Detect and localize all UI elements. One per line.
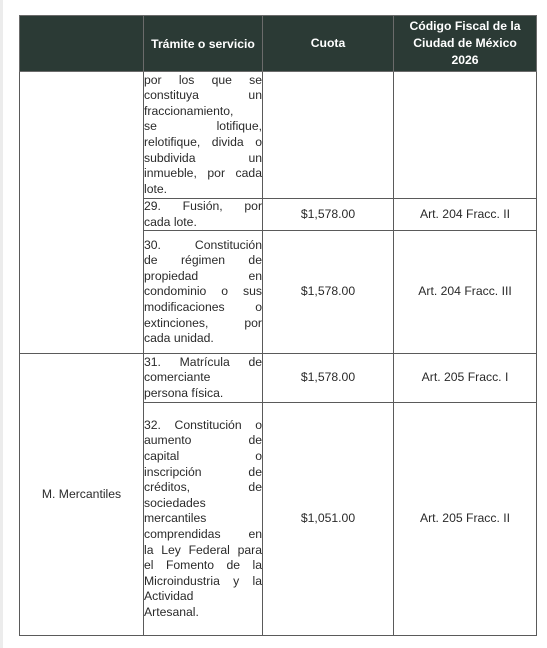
tramite-line: 29. Fusión, por [144,199,262,215]
tramite-line: comprendidas en [144,527,262,543]
tramite-line: 32. Constitución o [144,418,262,434]
tramite-line: inmueble, por cada [144,166,262,182]
tramite-line: cada lote. [144,215,262,231]
tramite-line: cada unidad. [144,331,262,347]
header-category [20,16,144,72]
cuota-cell: $1,578.00 [263,231,394,354]
fees-table: Trámite o servicio Cuota Código Fiscal d… [19,15,537,636]
tramite-line: aumento de [144,433,262,449]
header-tramite: Trámite o servicio [144,16,263,72]
page-edge [0,0,3,648]
tramite-line: modificaciones o [144,300,262,316]
cuota-cell: $1,051.00 [263,403,394,636]
cuota-cell: $1,578.00 [263,354,394,403]
tramite-line: extinciones, por [144,316,262,332]
header-codigo-line: Ciudad de México [413,36,517,50]
articulo-cell [394,72,537,199]
tramite-line: persona física. [144,386,262,402]
tramite-cell: 30. Constituciónde régimen depropiedad e… [144,231,263,354]
header-codigo-line: 2026 [451,53,478,67]
category-cell: M. Mercantiles [20,354,144,636]
articulo-cell: Art. 205 Fracc. I [394,354,537,403]
articulo-cell: Art. 204 Fracc. III [394,231,537,354]
tramite-cell: por los que seconstituya unfraccionamien… [144,72,263,199]
tramite-line: Artesanal. [144,605,262,621]
header-codigo-line: Código Fiscal de la [409,19,520,33]
tramite-line: constituya un [144,88,262,104]
header-row: Trámite o servicio Cuota Código Fiscal d… [20,16,537,72]
articulo-cell: Art. 204 Fracc. II [394,199,537,231]
tramite-line: Actividad [144,589,262,605]
tramite-line: el Fomento de la [144,558,262,574]
header-cuota: Cuota [263,16,394,72]
tramite-line: 30. Constitución [144,238,262,254]
tramite-cell: 31. Matrícula decomerciantepersona físic… [144,354,263,403]
tramite-line: fraccionamiento, [144,104,262,120]
tramite-line: comerciante [144,370,262,386]
tramite-cell: 32. Constitución oaumento decapital oins… [144,403,263,636]
tramite-line: se lotifique, [144,119,262,135]
table-row: por los que seconstituya unfraccionamien… [20,72,537,199]
tramite-line: créditos, de [144,480,262,496]
tramite-line: sociedades [144,496,262,512]
tramite-line: Microindustria y la [144,574,262,590]
tramite-line: propiedad en [144,269,262,285]
header-codigo-fiscal: Código Fiscal de la Ciudad de México 202… [394,16,537,72]
category-cell [20,72,144,354]
table-row: M. Mercantiles 31. Matrícula decomercian… [20,354,537,403]
tramite-line: inscripción de [144,465,262,481]
tramite-line: lote. [144,182,262,198]
tramite-line: de régimen de [144,253,262,269]
tramite-line: subdivida un [144,151,262,167]
tramite-line: mercantiles [144,511,262,527]
tramite-line: 31. Matrícula de [144,355,262,371]
articulo-cell: Art. 205 Fracc. II [394,403,537,636]
tramite-line: por los que se [144,73,262,89]
tramite-line: capital o [144,449,262,465]
cuota-cell: $1,578.00 [263,199,394,231]
cuota-cell [263,72,394,199]
tramite-line: relotifique, divida o [144,135,262,151]
tramite-cell: 29. Fusión, porcada lote. [144,199,263,231]
tramite-line: condominio o sus [144,284,262,300]
tramite-line: la Ley Federal para [144,543,262,559]
